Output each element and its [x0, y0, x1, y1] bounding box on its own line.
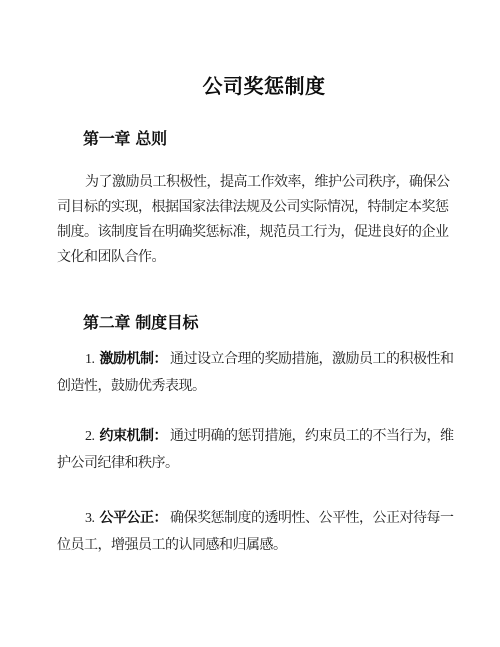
list-item: 2.约束机制：通过明确的惩罚措施，约束员工的不当行为，维 护公司纪律和秩序。 [57, 423, 453, 477]
chapter1-section: 第一章 总则 [57, 116, 453, 163]
document-title: 公司奖惩制度 [0, 73, 500, 99]
paragraph-line: 文化和团队合作。 [57, 245, 453, 270]
chapter2-heading: 第二章 制度目标 [57, 313, 453, 333]
document-page: 公司奖惩制度 第一章 总则 为了激励员工积极性，提高工作效率，维护公司秩序，确保… [0, 0, 500, 647]
list-item-term: 公平公正： [100, 511, 168, 526]
list-item-text: 通过明确的惩罚措施，约束员工的不当行为，维 [170, 429, 454, 444]
list-item-term: 约束机制： [100, 429, 168, 444]
chapter2-section: 第二章 制度目标 [57, 300, 453, 347]
list-item: 1.激励机制：通过设立合理的奖励措施，激励员工的积极性和 创造性，鼓励优秀表现。 [57, 346, 453, 400]
list-item-line: 2.约束机制：通过明确的惩罚措施，约束员工的不当行为，维 [57, 423, 453, 450]
list-item-text: 确保奖惩制度的透明性、公平性，公正对待每一 [170, 511, 454, 526]
list-item-line: 1.激励机制：通过设立合理的奖励措施，激励员工的积极性和 [57, 346, 453, 373]
list-item-line: 位员工，增强员工的认同感和归属感。 [57, 532, 453, 559]
list-item-line: 创造性，鼓励优秀表现。 [57, 373, 453, 400]
paragraph-line: 为了激励员工积极性，提高工作效率，维护公司秩序，确保公 [57, 170, 453, 195]
list-item-number: 3. [85, 511, 95, 526]
list-item-line: 3.公平公正：确保奖惩制度的透明性、公平性，公正对待每一 [57, 505, 453, 532]
list-item-number: 1. [85, 352, 95, 367]
chapter1-heading: 第一章 总则 [57, 129, 453, 149]
list-item: 3.公平公正：确保奖惩制度的透明性、公平性，公正对待每一 位员工，增强员工的认同… [57, 505, 453, 559]
paragraph-line: 司目标的实现，根据国家法律法规及公司实际情况，特制定本奖惩 [57, 195, 453, 220]
chapter1-paragraph: 为了激励员工积极性，提高工作效率，维护公司秩序，确保公 司目标的实现，根据国家法… [57, 170, 453, 270]
list-item-line: 护公司纪律和秩序。 [57, 450, 453, 477]
paragraph-line: 制度。该制度旨在明确奖惩标准，规范员工行为，促进良好的企业 [57, 220, 453, 245]
list-item-term: 激励机制： [100, 352, 168, 367]
list-item-text: 通过设立合理的奖励措施，激励员工的积极性和 [170, 352, 454, 367]
list-item-number: 2. [85, 429, 95, 444]
